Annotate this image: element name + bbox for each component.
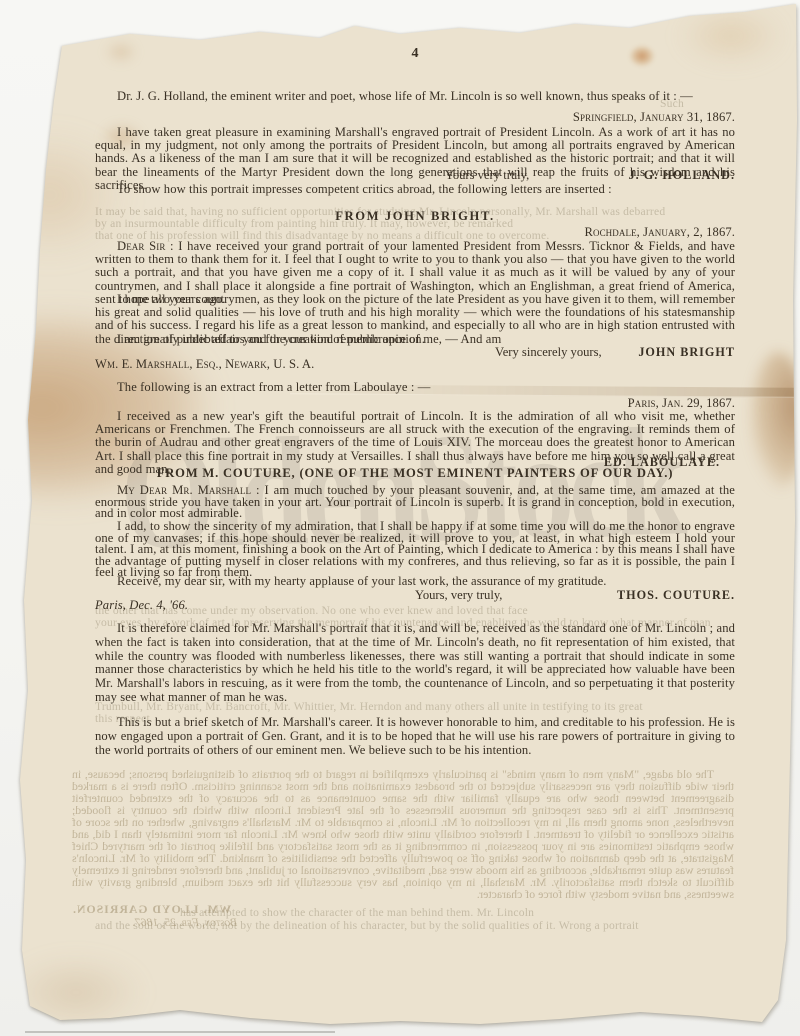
couture-paragraph-1: My Dear Mr. Marshall : I am much touched… — [95, 485, 735, 520]
laboulaye-intro: The following is an extract from a lette… — [95, 381, 735, 394]
couture-paragraph-2: I add, to show the sincerity of my admir… — [95, 521, 735, 579]
holland-signature: J. G. HOLLAND. — [629, 168, 735, 183]
bleedthrough-block: The old adage, "Many men of many minds" … — [72, 768, 734, 928]
bleedthrough-dateline: Boston, Feb. 25, 1867. — [132, 916, 734, 928]
bright-dateline: Rochdale, January, 2, 1867. — [95, 226, 735, 239]
bright-salutation: Dear Sir : — [117, 239, 174, 253]
bleedthrough-paragraph: The old adage, "Many men of many minds" … — [72, 768, 734, 900]
holland-dateline: Springfield, January 31, 1867. — [95, 111, 735, 124]
holland-signature-line: Yours very truly, J. G. HOLLAND. — [95, 168, 735, 182]
stain-crease-right — [750, 352, 800, 490]
couture-dateline: Paris, Dec. 4, '66. — [95, 599, 735, 612]
document-page: SuchIt may be said that, having no suffi… — [0, 0, 800, 1036]
bright-heading: FROM JOHN BRIGHT. — [95, 210, 735, 223]
couture-heading: FROM M. COUTURE, (ONE OF THE MOST EMINEN… — [95, 467, 735, 480]
ghost-line: has attempted to show the character of t… — [180, 906, 534, 919]
ghost-line: and the soul of the world, not by the de… — [95, 919, 639, 932]
bleedthrough-signature: WM. LLOYD GARRISON. — [72, 903, 734, 915]
transition-line: To show how this portrait impresses comp… — [95, 183, 735, 196]
scanner-bed-edge-line — [25, 1031, 335, 1033]
stain-bottom-left — [6, 955, 146, 1030]
scanned-document-photo: { "colors": { "paper": "#ebe2cf", "ink":… — [0, 0, 800, 1036]
intro-line: Dr. J. G. Holland, the eminent writer an… — [95, 90, 735, 103]
page-number: 4 — [95, 46, 735, 62]
closing-paragraph-1: It is therefore claimed for Mr. Marshall… — [95, 622, 735, 705]
bright-address: Wm. E. Marshall, Esq., Newark, U. S. A. — [95, 358, 735, 371]
document-page-wrapper: SuchIt may be said that, having no suffi… — [0, 0, 800, 1036]
holland-valediction: Yours very truly, — [445, 168, 529, 183]
closing-paragraph-2: This is but a brief sketch of Mr. Marsha… — [95, 716, 735, 757]
couture-paragraph-3: Receive, my dear sir, with my hearty app… — [95, 576, 735, 588]
